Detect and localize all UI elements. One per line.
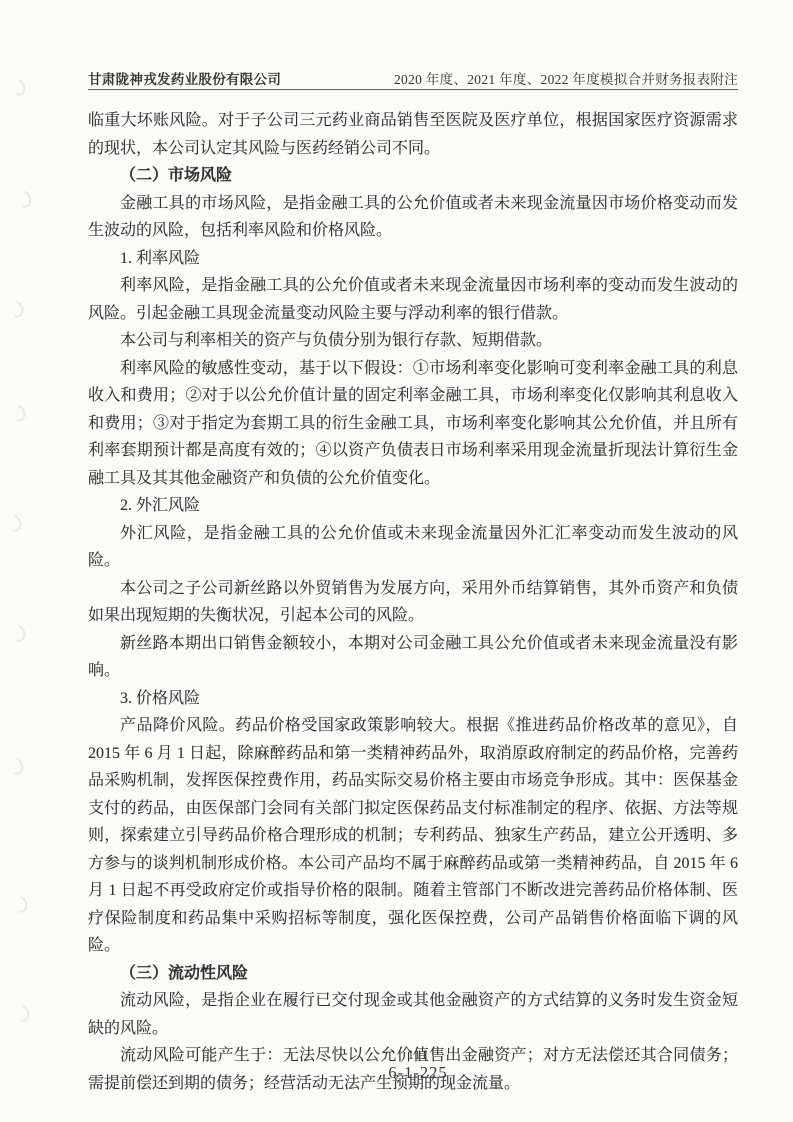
document-page: 甘肃陇神戎发药业股份有限公司 2020 年度、2021 年度、2022 年度模拟… [0,0,793,1122]
scan-artifact [7,401,29,424]
subsection-heading: 1. 利率风险 [88,245,738,273]
scan-artifact [3,511,25,534]
body-paragraph: 产品降价风险。药品价格受国家政策影响较大。根据《推进药品价格改革的意见》，自 2… [88,712,738,960]
subsection-heading: 3. 价格风险 [88,685,738,713]
section-heading: （二）市场风险 [88,162,738,190]
body-paragraph: 外汇风险，是指金融工具的公允价值或未来现金流量因外汇汇率变动而发生波动的风险。 [88,520,738,575]
scan-artifact [9,892,31,915]
scan-artifact [7,75,29,98]
page-number: 111 [88,1048,748,1063]
scan-artifact [5,754,27,777]
section-heading: （三）流动性风险 [88,960,738,988]
scan-artifact [13,187,35,210]
body-paragraph: 利率风险的敏感性变动，基于以下假设：①市场利率变化影响可变利率金融工具的利息收入… [88,355,738,493]
scan-artifact [11,1001,33,1024]
subsection-heading: 2. 外汇风险 [88,492,738,520]
scan-artifact [5,297,27,320]
page-footer: 111 6-1-225 [88,1048,748,1083]
header-rule [88,89,738,90]
page-header: 甘肃陇神戎发药业股份有限公司 2020 年度、2021 年度、2022 年度模拟… [88,68,738,88]
doc-number: 6-1-225 [88,1063,748,1083]
report-title: 2020 年度、2021 年度、2022 年度模拟合并财务报表附注 [394,68,738,88]
body-paragraph: 本公司之子公司新丝路以外贸销售为发展方向，采用外币结算销售，其外币资产和负债如果… [88,575,738,630]
company-name: 甘肃陇神戎发药业股份有限公司 [88,68,281,88]
body-paragraph: 本公司与利率相关的资产与负债分别为银行存款、短期借款。 [88,327,738,355]
body-paragraph: 利率风险，是指金融工具的公允价值或者未来现金流量因市场利率的变动而发生波动的风险… [88,272,738,327]
scan-artifact [7,621,29,644]
body-paragraph: 金融工具的市场风险，是指金融工具的公允价值或者未来现金流量因市场价格变动而发生波… [88,190,738,245]
body-paragraph: 新丝路本期出口销售金额较小，本期对公司金融工具公允价值或者未来现金流量没有影响。 [88,630,738,685]
document-body: 临重大坏账风险。对于子公司三元药业商品销售至医院及医疗单位，根据国家医疗资源需求… [88,107,738,1097]
body-paragraph: 流动风险，是指企业在履行已交付现金或其他金融资产的方式结算的义务时发生资金短缺的… [88,987,738,1042]
body-paragraph: 临重大坏账风险。对于子公司三元药业商品销售至医院及医疗单位，根据国家医疗资源需求… [88,107,738,162]
